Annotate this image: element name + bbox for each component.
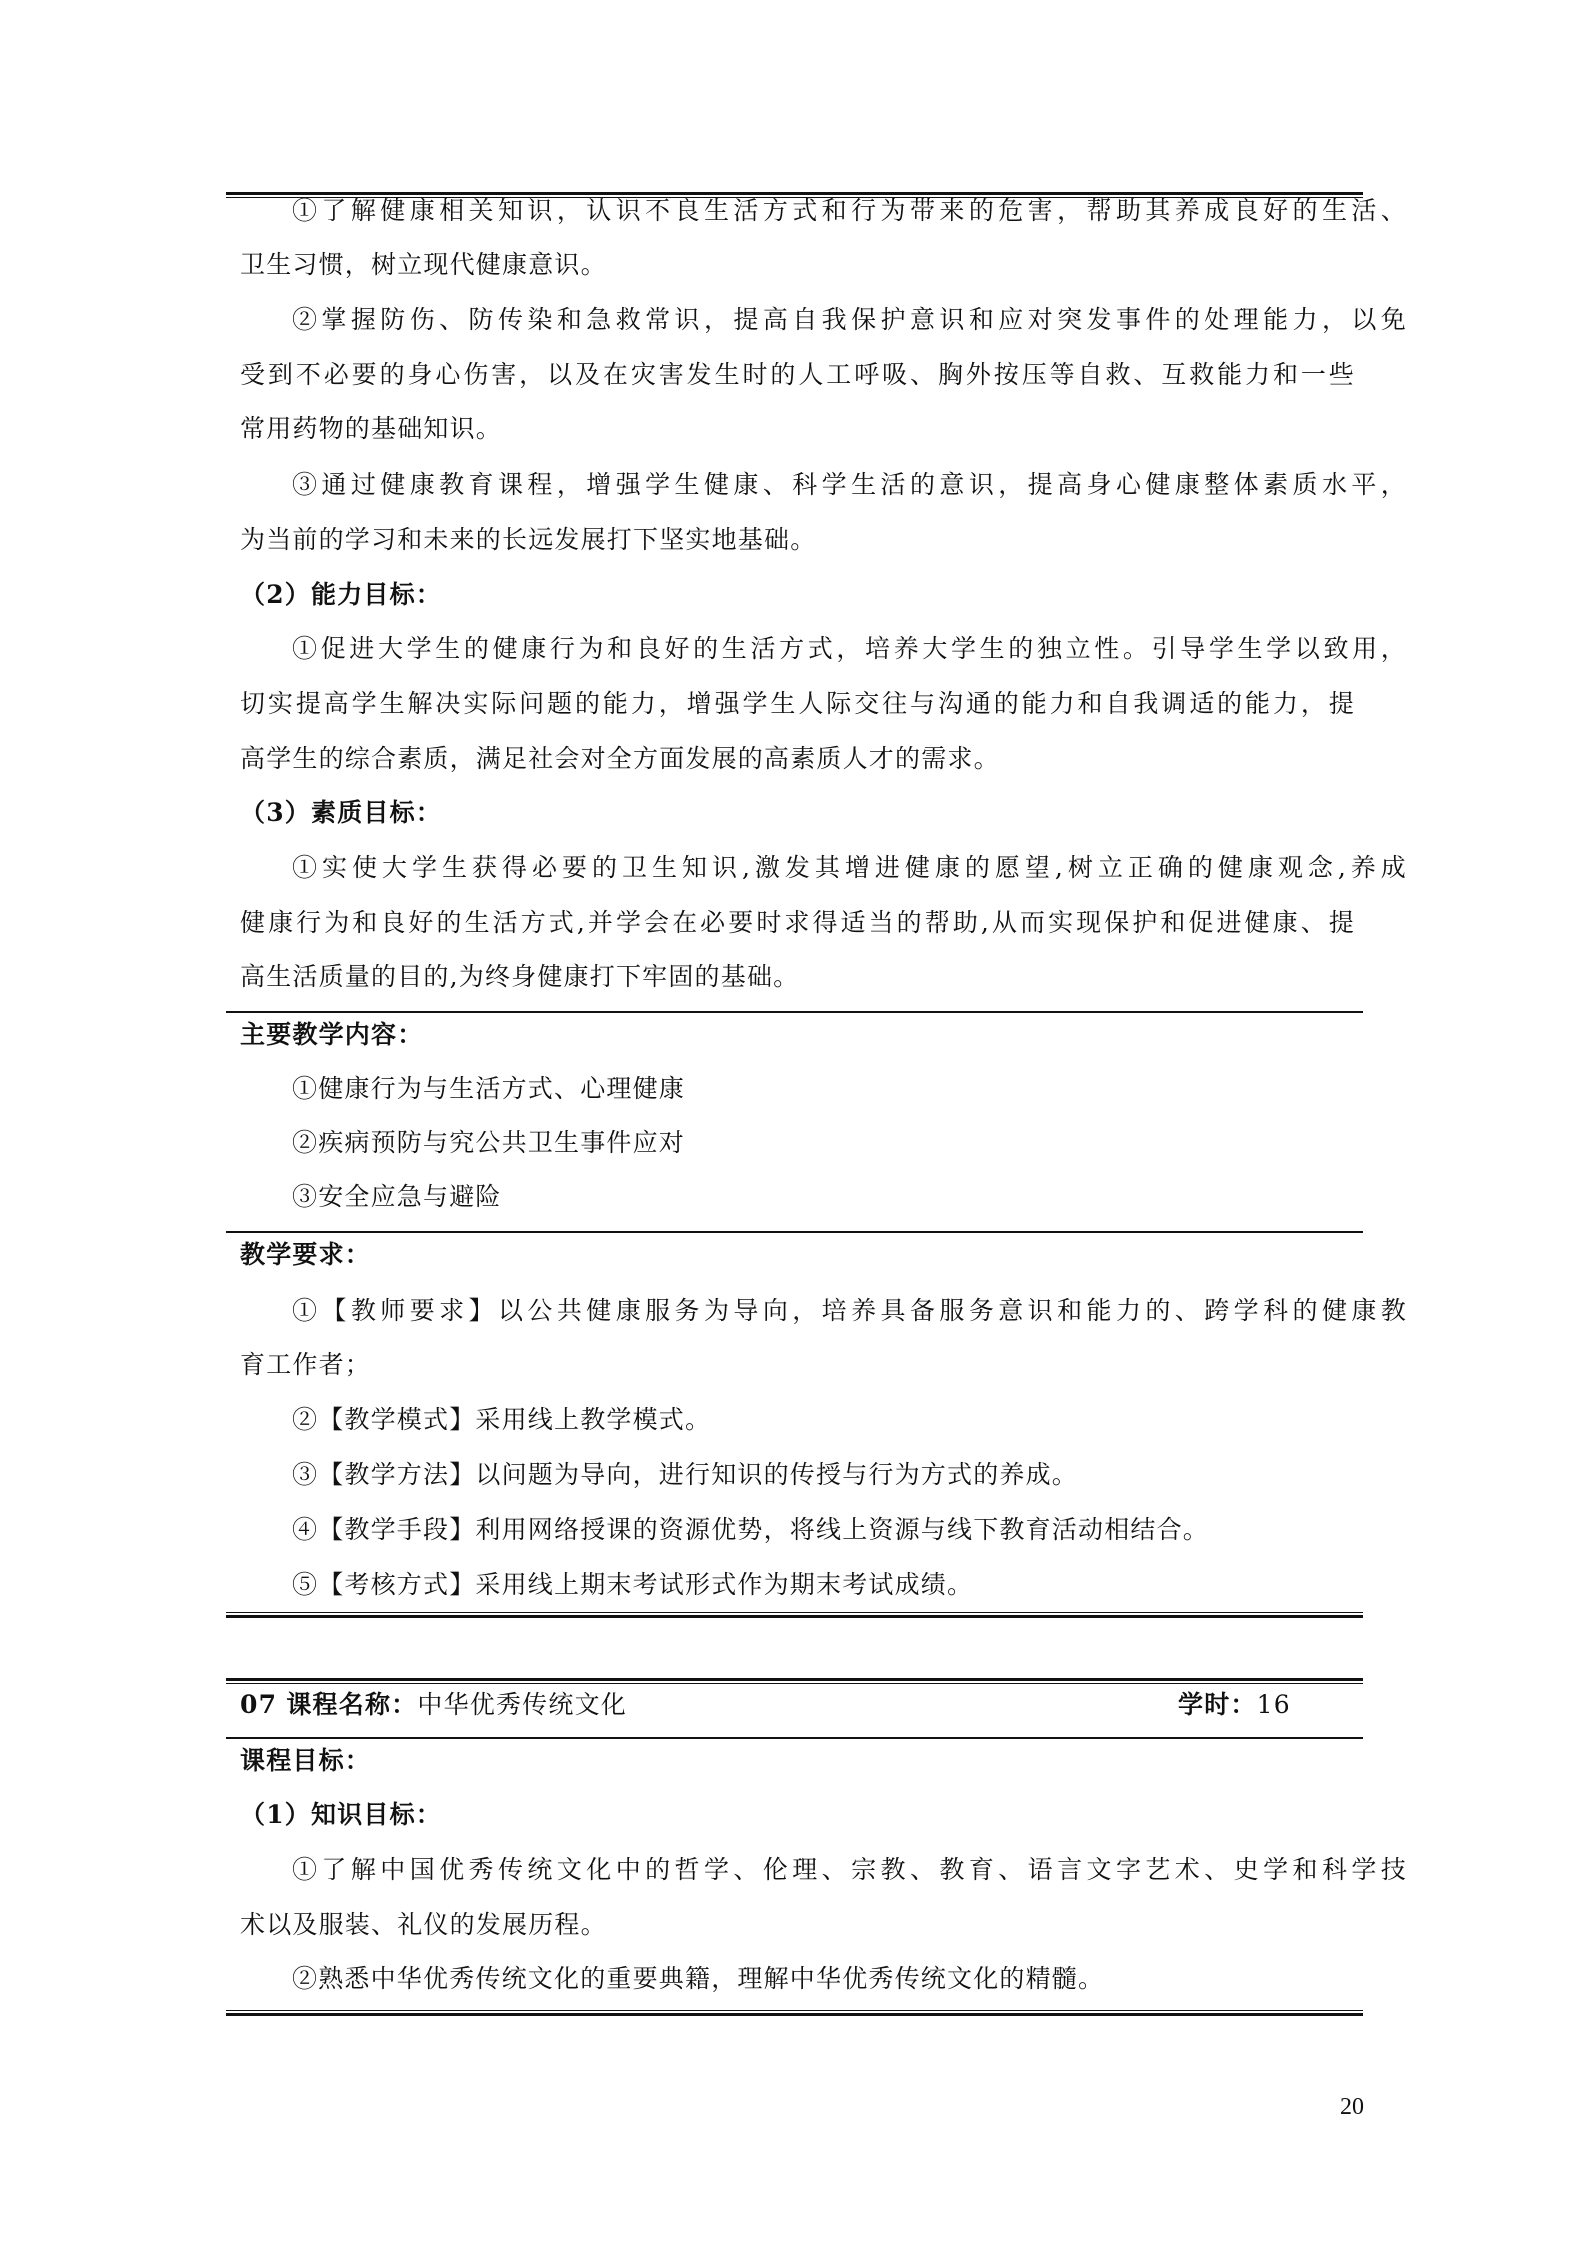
ability-item-1-line-1: ①促进大学生的健康行为和良好的生活方式，培养大学生的独立性。引导学生学以致用， bbox=[292, 634, 1407, 664]
course07-knowledge-2: ②熟悉中华优秀传统文化的重要典籍，理解中华优秀传统文化的精髓。 bbox=[292, 1964, 1407, 1994]
quality-item-1-line-2: 健康行为和良好的生活方式,并学会在必要时求得适当的帮助,从而实现保护和促进健康、… bbox=[240, 908, 1355, 938]
knowledge-item-2-line-1: ②掌握防伤、防传染和急救常识，提高自我保护意识和应对突发事件的处理能力，以免 bbox=[292, 305, 1407, 335]
content-item-1: ①健康行为与生活方式、心理健康 bbox=[292, 1074, 1407, 1104]
requirement-3: ③【教学方法】以问题为导向，进行知识的传授与行为方式的养成。 bbox=[292, 1460, 1407, 1490]
document-page: ①了解健康相关知识，认识不良生活方式和行为带来的危害，帮助其养成良好的生活、 卫… bbox=[0, 0, 1587, 2245]
teaching-requirements-heading: 教学要求： bbox=[240, 1240, 1355, 1270]
requirement-5: ⑤【考核方式】采用线上期末考试形式作为期末考试成绩。 bbox=[292, 1570, 1407, 1600]
knowledge-item-2-line-3: 常用药物的基础知识。 bbox=[240, 414, 1355, 444]
course07-knowledge-1-line-1: ①了解中国优秀传统文化中的哲学、伦理、宗教、教育、语言文字艺术、史学和科学技 bbox=[292, 1855, 1407, 1885]
knowledge-item-3-line-1: ③通过健康教育课程，增强学生健康、科学生活的意识，提高身心健康整体素质水平， bbox=[292, 470, 1407, 500]
quality-goals-heading: （3）素质目标： bbox=[240, 798, 1355, 828]
requirement-2: ②【教学模式】采用线上教学模式。 bbox=[292, 1405, 1407, 1435]
course-title-row: 07 课程名称：中华优秀传统文化 学时：16 bbox=[240, 1690, 1355, 1720]
course-number: 07 bbox=[240, 1690, 277, 1719]
table-row-divider bbox=[226, 1231, 1363, 1233]
ability-item-1-line-3: 高学生的综合素质，满足社会对全方面发展的高素质人才的需求。 bbox=[240, 744, 1355, 774]
requirement-1-line-1: ①【教师要求】以公共健康服务为导向，培养具备服务意识和能力的、跨学科的健康教 bbox=[292, 1296, 1407, 1326]
course-name-label: 课程名称： bbox=[286, 1690, 417, 1719]
quality-item-1-line-1: ①实使大学生获得必要的卫生知识,激发其增进健康的愿望,树立正确的健康观念,养成 bbox=[292, 853, 1407, 883]
knowledge-item-1-line-2: 卫生习惯，树立现代健康意识。 bbox=[240, 250, 1355, 280]
table-bottom-border bbox=[226, 2010, 1363, 2016]
course-name: 中华优秀传统文化 bbox=[417, 1690, 627, 1719]
content-item-3: ③安全应急与避险 bbox=[292, 1182, 1407, 1212]
knowledge-goals-heading: （1）知识目标： bbox=[240, 1800, 1355, 1830]
teaching-content-heading: 主要教学内容： bbox=[240, 1020, 1355, 1050]
table-row-divider bbox=[226, 1737, 1363, 1739]
table-row-divider bbox=[226, 1011, 1363, 1013]
course-hours-label: 学时： bbox=[1178, 1690, 1257, 1719]
quality-item-1-line-3: 高生活质量的目的,为终身健康打下牢固的基础。 bbox=[240, 962, 1355, 992]
knowledge-item-2-line-2: 受到不必要的身心伤害，以及在灾害发生时的人工呼吸、胸外按压等自救、互救能力和一些 bbox=[240, 360, 1355, 390]
page-number: 20 bbox=[1340, 2094, 1364, 2121]
ability-goals-heading: （2）能力目标： bbox=[240, 580, 1355, 610]
knowledge-item-1-line-1: ①了解健康相关知识，认识不良生活方式和行为带来的危害，帮助其养成良好的生活、 bbox=[292, 196, 1407, 226]
course07-knowledge-1-line-2: 术以及服装、礼仪的发展历程。 bbox=[240, 1910, 1355, 1940]
table-bottom-border bbox=[226, 1612, 1363, 1618]
requirement-1-line-2: 育工作者； bbox=[240, 1350, 1355, 1380]
ability-item-1-line-2: 切实提高学生解决实际问题的能力，增强学生人际交往与沟通的能力和自我调适的能力，提 bbox=[240, 689, 1355, 719]
content-item-2: ②疾病预防与究公共卫生事件应对 bbox=[292, 1128, 1407, 1158]
course-goals-heading: 课程目标： bbox=[240, 1746, 1355, 1776]
requirement-4: ④【教学手段】利用网络授课的资源优势，将线上资源与线下教育活动相结合。 bbox=[292, 1515, 1407, 1545]
knowledge-item-3-line-2: 为当前的学习和未来的长远发展打下坚实地基础。 bbox=[240, 525, 1355, 555]
course-hours: 16 bbox=[1257, 1690, 1291, 1719]
table-top-border bbox=[226, 1678, 1363, 1684]
